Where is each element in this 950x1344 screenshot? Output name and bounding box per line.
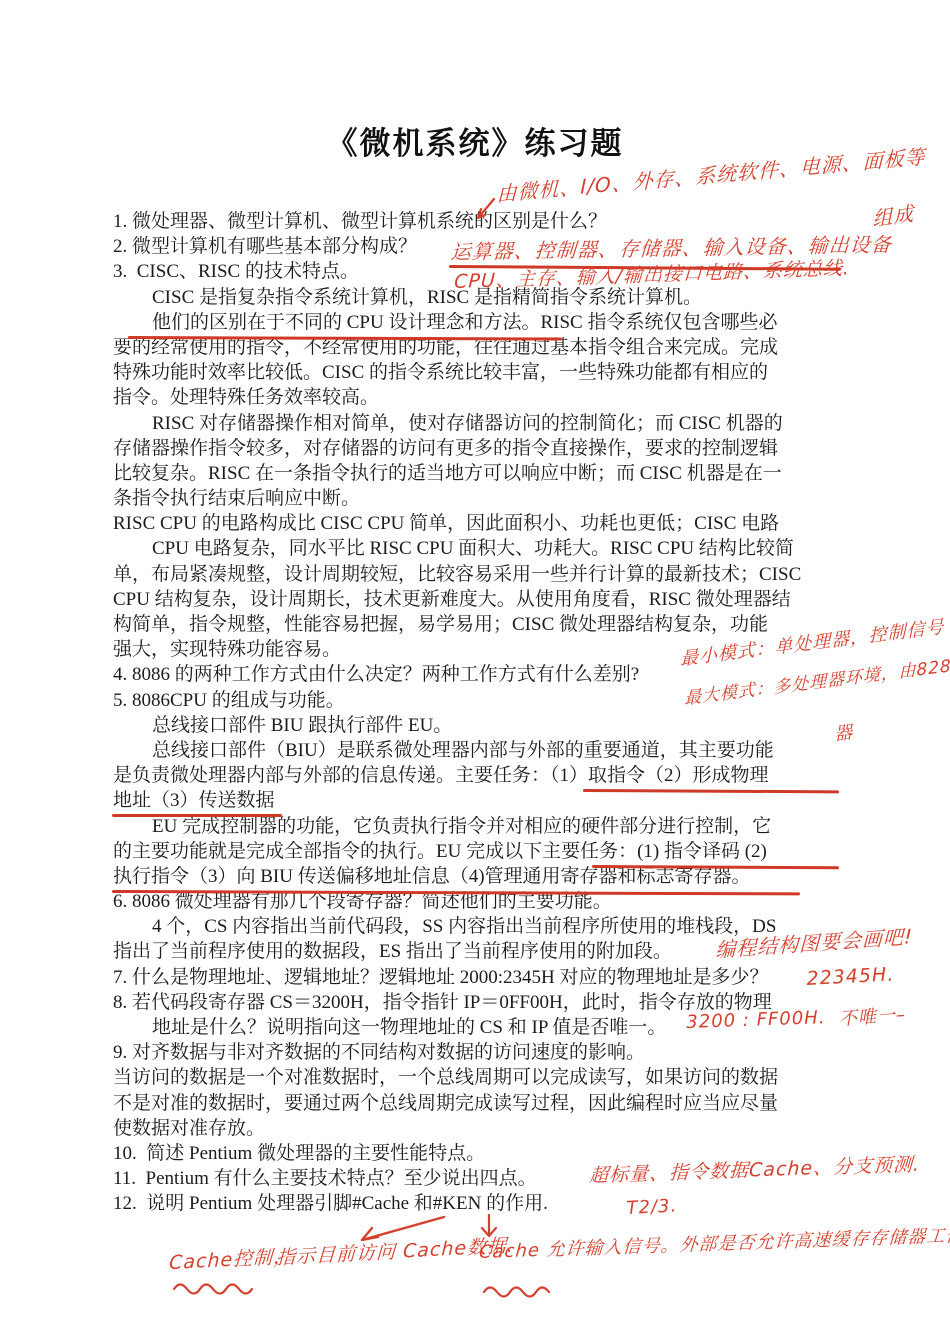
doc-line: 构简单，指令规整，性能容易把握，易学易用；CISC 微处理器结构复杂，功能 xyxy=(113,612,845,637)
arrow-down-left-icon xyxy=(352,1213,450,1247)
doc-line: 9. 对齐数据与非对齐数据的不同结构对数据的访问速度的影响。 xyxy=(113,1040,845,1065)
doc-line: 不是对准的数据时，要通过两个总线周期完成读写过程，因此编程时应当应尽量 xyxy=(113,1091,845,1116)
doc-line: CPU 电路复杂，同水平比 RISC CPU 面积大、功耗大。RISC CPU … xyxy=(113,536,845,561)
wavy-underline-icon xyxy=(172,1281,260,1295)
doc-line: CPU 结构复杂，设计周期长，技术更新难度大。从使用角度看，RISC 微处理器结 xyxy=(113,587,845,612)
doc-line: 使数据对准存放。 xyxy=(113,1116,845,1141)
wavy-underline-icon xyxy=(482,1284,552,1298)
doc-line: 是负责微处理器内部与外部的信息传递。主要任务：（1）取指令（2）形成物理 xyxy=(113,763,845,788)
arrow-down-icon xyxy=(478,1213,500,1241)
handwritten-note: T2/3. xyxy=(626,1195,678,1219)
handwritten-answer: 不唯一– xyxy=(838,1000,907,1031)
handwritten-note: 器 xyxy=(833,718,854,746)
doc-line: 存储器操作指令较多，对存储器的访问有更多的指令直接操作，要求的控制逻辑 xyxy=(113,436,845,461)
doc-line: 当访问的数据是一个对准数据时，一个总线周期可以完成读写，如果访问的数据 xyxy=(113,1065,845,1090)
doc-line: 总线接口部件 BIU 跟执行部件 EU。 xyxy=(113,713,845,738)
doc-line: RISC CPU 的电路构成比 CISC CPU 简单，因此面积小、功耗也更低；… xyxy=(113,511,845,536)
document-page: 《微机系统》练习题 1. 微处理器、微型计算机、微型计算机系统的区别是什么？2.… xyxy=(0,0,950,1344)
doc-line: 的主要功能就是完成全部指令的执行。EU 完成以下主要任务：(1) 指令译码 (2… xyxy=(113,839,845,864)
doc-line: 特殊功能时效率比较低。CISC 的指令系统比较丰富，一些特殊功能都有相应的 xyxy=(113,360,845,385)
doc-line: EU 完成控制器的功能，它负责执行指令并对相应的硬件部分进行控制，它 xyxy=(113,814,845,839)
doc-line: 总线接口部件（BIU）是联系微处理器内部与外部的重要通道，其主要功能 xyxy=(113,738,845,763)
document-body: 1. 微处理器、微型计算机、微型计算机系统的区别是什么？2. 微型计算机有哪些基… xyxy=(113,209,845,1217)
arrow-down-left-icon xyxy=(470,196,498,224)
doc-line: 他们的区别在于不同的 CPU 设计理念和方法。RISC 指令系统仅包含哪些必 xyxy=(113,310,845,335)
handwritten-note: 组成 xyxy=(872,197,915,232)
doc-line: RISC 对存储器操作相对简单，使对存储器访问的控制简化；而 CISC 机器的 xyxy=(113,411,845,436)
doc-line: 比较复杂。RISC 在一条指令执行的适当地方可以响应中断；而 CISC 机器是在… xyxy=(113,461,845,486)
doc-line: 指令。处理特殊任务效率较高。 xyxy=(113,385,845,410)
red-underline xyxy=(112,814,282,817)
handwritten-answer: 22345H. xyxy=(806,963,895,990)
handwritten-note: Cache 允许输入信号。外部是否允许高速缓存存储器工作 xyxy=(478,1221,950,1264)
doc-line: 单，布局紧凑规整，设计周期较短，比较容易采用一些并行计算的最新技术；CISC xyxy=(113,562,845,587)
doc-line: 条指令执行结束后响应中断。 xyxy=(113,486,845,511)
doc-line: 7. 什么是物理地址、逻辑地址？逻辑地址 2000:2345H 对应的物理地址是… xyxy=(113,965,845,990)
